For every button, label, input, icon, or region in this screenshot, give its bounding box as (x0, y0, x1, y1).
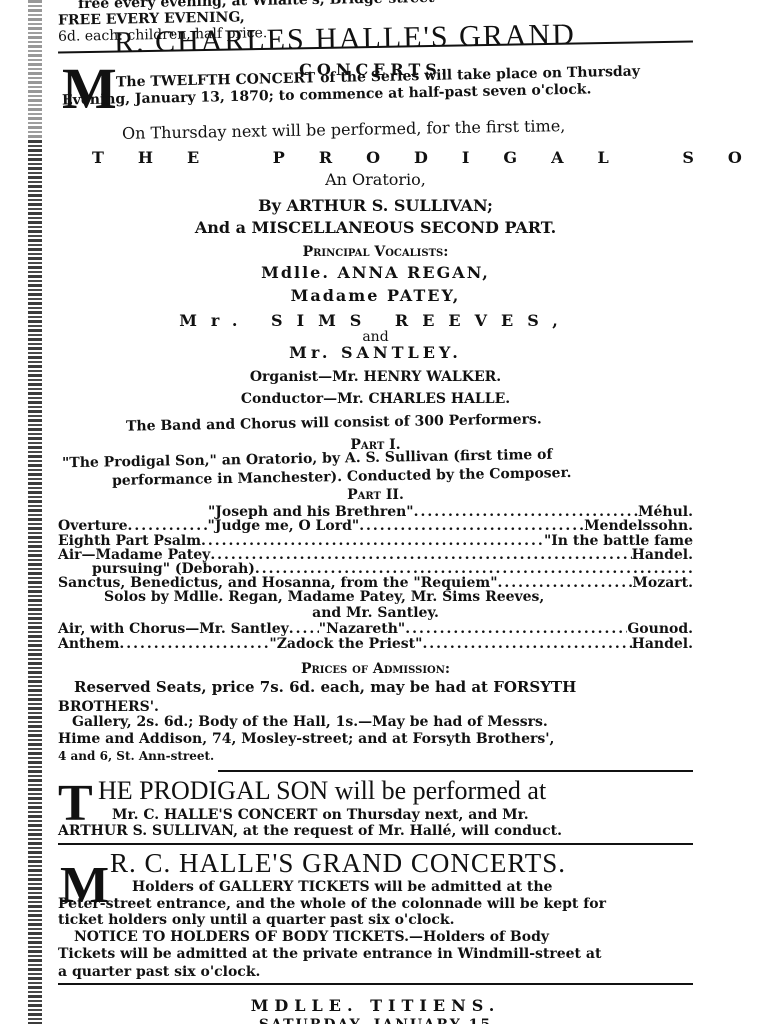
ad3-line-6: a quarter past six o'clock. (58, 965, 260, 979)
ad3-line-1: Holders of GALLERY TICKETS will be admit… (132, 880, 552, 894)
ad1-conductor: Conductor—Mr. CHARLES HALLE. (58, 392, 693, 406)
ad1-title: R. CHARLES HALLE'S GRAND (114, 20, 576, 58)
program-piece: "Zadock the Priest" (269, 637, 422, 651)
program-row: Anthem"Zadock the Priest"Handel. (58, 637, 693, 651)
vocalist-reeves: Mr. SIMS REEVES, (58, 313, 693, 329)
divider (58, 983, 693, 985)
program-row: pursuing" (Deborah) (58, 562, 693, 576)
ad3-line-2: Peter-street entrance, and the whole of … (58, 897, 606, 911)
program-item: Air, with Chorus—Mr. Santley (58, 622, 289, 636)
program-item: pursuing" (Deborah) (92, 562, 255, 576)
divider (58, 843, 693, 845)
program-piece: "In the battle fame (544, 534, 693, 548)
ad1-second-part: And a MISCELLANEOUS SECOND PART. (58, 220, 693, 236)
program-composer: Mozart. (632, 576, 693, 590)
program-piece: "Nazareth" (319, 622, 405, 636)
ad4-partial: SATURDAY, JANUARY 15 (58, 1018, 693, 1024)
adjacent-column-edge (28, 140, 42, 1024)
program-composer: Gounod. (627, 622, 693, 636)
part1-line-2: performance in Manchester). Conducted by… (112, 466, 572, 488)
program-row: Air—Madame PateyHandel. (58, 548, 693, 562)
program-piece: "Judge me, O Lord" (208, 519, 360, 533)
part2-heading: Part II. (58, 488, 693, 502)
ad2-line-3: ARTHUR S. SULLIVAN, at the request of Mr… (58, 824, 562, 838)
prices-line-5: 4 and 6, St. Ann-street. (58, 750, 214, 762)
ad1-composer: By ARTHUR S. SULLIVAN; (58, 198, 693, 214)
divider (218, 770, 693, 772)
program-row: Sanctus, Benedictus, and Hosanna, from t… (58, 576, 693, 590)
ad1-vocalists-heading: Principal Vocalists: (58, 245, 693, 259)
ad2-line-2: Mr. C. HALLE'S CONCERT on Thursday next,… (112, 808, 529, 822)
ad3-line-4: NOTICE TO HOLDERS OF BODY TICKETS.—Holde… (74, 930, 549, 944)
ad2-line-1: HE PRODIGAL SON will be performed at (98, 778, 546, 804)
program-item: Eighth Part Psalm (58, 534, 201, 548)
ad1-band: The Band and Chorus will consist of 300 … (126, 412, 542, 433)
solos-line-1: Solos by Mdlle. Regan, Madame Patey, Mr.… (104, 590, 544, 604)
ad1-announce: On Thursday next will be performed, for … (122, 118, 566, 142)
margin-strip-top (28, 0, 42, 140)
ad1-work-title: THE PRODIGAL SON; (92, 150, 775, 166)
program-composer: Méhul. (638, 505, 693, 519)
prices-line-3: Gallery, 2s. 6d.; Body of the Hall, 1s.—… (72, 715, 548, 729)
program-composer: Mendelssohn. (584, 519, 693, 533)
program-row: "Joseph and his Brethren"Méhul. (58, 505, 693, 519)
vocalist-santley: Mr. SANTLEY. (58, 345, 693, 361)
ad1-organist: Organist—Mr. HENRY WALKER. (58, 370, 693, 384)
program-piece: "Joseph and his Brethren" (208, 505, 414, 519)
program-composer: Handel. (632, 637, 693, 651)
solos-line-2: and Mr. Santley. (58, 606, 693, 620)
ad3-title: R. C. HALLE'S GRAND CONCERTS. (110, 850, 566, 877)
program-row: Air, with Chorus—Mr. Santley"Nazareth"Go… (58, 622, 693, 636)
program-composer: Handel. (632, 548, 693, 562)
prices-heading: Prices of Admission: (58, 662, 693, 676)
prices-line-1: Reserved Seats, price 7s. 6d. each, may … (74, 680, 576, 695)
program-row: Eighth Part Psalm"In the battle fame (58, 534, 693, 548)
prices-line-2: BROTHERS'. (58, 700, 159, 714)
ad3-line-5: Tickets will be admitted at the private … (58, 947, 601, 961)
program-item: Anthem (58, 637, 119, 651)
program-item: Air—Madame Patey (58, 548, 210, 562)
ad3-line-3: ticket holders only until a quarter past… (58, 913, 455, 927)
vocalist-regan: Mdlle. ANNA REGAN, (58, 265, 693, 281)
fragment-line-1: free every evening, at Whaite's, Bridge-… (78, 0, 435, 11)
vocalist-patey: Madame PATEY, (58, 288, 693, 304)
prices-line-4: Hime and Addison, 74, Mosley-street; and… (58, 732, 554, 746)
ad1-work-type: An Oratorio, (58, 172, 693, 188)
vocalist-and: and (58, 330, 693, 344)
program-item: Sanctus, Benedictus, and Hosanna, from t… (58, 576, 498, 590)
ad4-title: MDLLE. TITIENS. (58, 998, 693, 1014)
program-row: Overture"Judge me, O Lord"Mendelssohn. (58, 519, 693, 533)
program-item: Overture (58, 519, 128, 533)
